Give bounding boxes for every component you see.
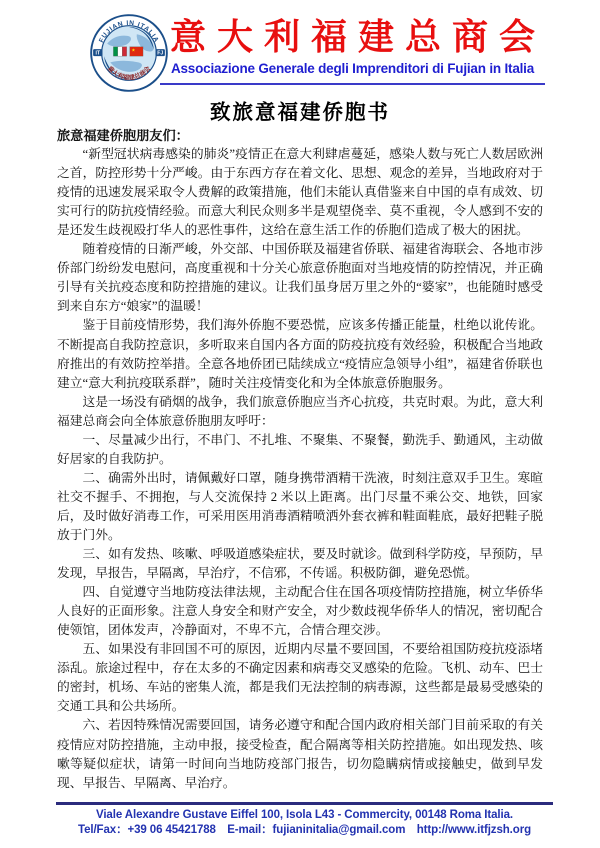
- body-paragraph: 随着疫情的日渐严峻，外交部、中国侨联及福建省侨联、福建省海联会、各地市涉侨部门纷…: [57, 240, 543, 316]
- body-paragraph: 鉴于目前疫情形势，我们海外侨胞不要恐慌，应该多传播正能量，杜绝以讹传讹。不断提高…: [57, 316, 543, 392]
- org-name-chinese: 意大利福建总商会: [160, 16, 556, 58]
- body-paragraph: 四、自觉遵守当地防疫法律法规，主动配合住在国各项疫情防控措施，树立华侨华人良好的…: [57, 583, 543, 640]
- italy-flag-icon: [113, 47, 126, 56]
- body-paragraph: 三、如有发热、咳嗽、呼吸道感染症状，要及时就诊。做到科学防疫，早预防，早发现，早…: [57, 545, 543, 583]
- body-paragraph: 这是一场没有硝烟的战争，我们旅意侨胞应当齐心抗疫，共克时艰。为此，意大利福建总商…: [57, 393, 543, 431]
- body-paragraph: 一、尽量减少出行，不串门、不扎堆、不聚集、不聚餐，勤洗手、勤通风，主动做好居家的…: [57, 431, 543, 469]
- letter-footer: Viale Alexandre Gustave Eiffel 100, Isol…: [56, 802, 553, 837]
- body-paragraph: 六、若因特殊情况需要回国，请务必遵守和配合国内政府相关部门目前采取的有关疫情应对…: [57, 716, 543, 792]
- footer-address: Viale Alexandre Gustave Eiffel 100, Isol…: [56, 808, 553, 822]
- body-paragraph: 五、如果没有非回国不可的原因，近期内尽量不要回国，不要给祖国防疫抗疫添堵添乱。旅…: [57, 640, 543, 716]
- footer-contacts: Tel/Fax：+39 06 45421788 E-mail：fujianini…: [56, 823, 553, 837]
- letterhead: ★ IT FJ FUJIAN IN ITALIA 意大利福建总商会: [0, 0, 600, 92]
- china-flag-icon: ★: [130, 47, 143, 56]
- body-paragraph: “新型冠状病毒感染的肺炎”疫情正在意大利肆虐蔓延，感染人数与死亡人数居欧洲之首，…: [57, 145, 543, 240]
- letter-body: 旅意福建侨胞朋友们： “新型冠状病毒感染的肺炎”疫情正在意大利肆虐蔓延，感染人数…: [57, 126, 543, 793]
- document-title: 致旅意福建侨胞书: [0, 95, 600, 125]
- letter-page: ★ IT FJ FUJIAN IN ITALIA 意大利福建总商会: [0, 0, 600, 848]
- body-paragraph: 二、确需外出时，请佩戴好口罩，随身携带酒精干洗液，时刻注意双手卫生。寒暄社交不握…: [57, 469, 543, 545]
- paragraph-list: “新型冠状病毒感染的肺炎”疫情正在意大利肆虐蔓延，感染人数与死亡人数居欧洲之首，…: [57, 145, 543, 793]
- salutation: 旅意福建侨胞朋友们：: [57, 126, 543, 145]
- org-name-italian: Associazione Generale degli Imprenditori…: [160, 60, 545, 77]
- letterhead-titles: 意大利福建总商会 Associazione Generale degli Imp…: [160, 16, 545, 85]
